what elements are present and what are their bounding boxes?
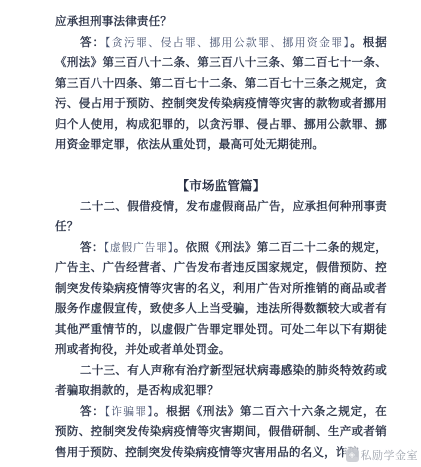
crime-name-emphasis: 【虚假广告罪】 [104,242,174,254]
body-text: 服务作虚假宣传，致使多人上当受骗，违法所得数额较大或者有 [55,303,387,315]
body-text: 刑或者拘役，并处或者单处罚金。 [55,344,231,356]
text-line: 第三百八十四条、第二百七十二条、第二百七十三条之规定，贪 [55,74,387,95]
text-line: 售用于预防、控制突发传染病疫情等灾害用品的名义，诈骗 [55,443,387,464]
body-text: 任？ [55,221,78,233]
body-text: 者骗取捐款的，是否构成犯罪？ [55,385,219,397]
body-text: 答： [80,37,105,49]
body-text: 第三百八十四条、第二百七十二条、第二百七十三条之规定，贪 [55,78,387,90]
body-text: 归个人使用，构成犯罪的，以贪污罪、侵占罪、挪用公款罪、挪 [55,119,387,131]
watermark: ◈ 私励学金室 [344,446,421,464]
badge-icon: ◈ [346,449,359,462]
page-root: 应承担刑事法律责任？答：【贪污罪、侵占罪、挪用公款罪、挪用资金罪】。根据《刑法》… [0,0,421,467]
body-text: 广告主、广告经营者、广告发布者违反国家规定，假借预防、控 [55,262,387,274]
text-line: 归个人使用，构成犯罪的，以贪污罪、侵占罪、挪用公款罪、挪 [55,115,387,136]
text-line: 广告主、广告经营者、广告发布者违反国家规定，假借预防、控 [55,258,387,279]
text-line: 其他严重情节的，以虚假广告罪定罪处罚。可处二年以下有期徒 [55,320,387,341]
text-line: 答：【贪污罪、侵占罪、挪用公款罪、挪用资金罪】。根据 [55,33,387,54]
text-line: 刑或者拘役，并处或者单处罚金。 [55,340,387,361]
text-line: 任？ [55,217,387,238]
body-text: 售用于预防、控制突发传染病疫情等灾害用品的名义，诈骗 [55,447,359,459]
body-text: 。根据《刑法》第二百六十六条之规定，在 [154,406,387,418]
body-text: 用资金罪定罪，依法从重处罚，最高可处无期徒刑。 [55,139,324,151]
body-text: 。根据 [350,37,387,49]
crime-name-emphasis: 【诈骗罪】 [105,406,154,418]
text-line: 二十三、有人声称有治疗新型冠状病毒感染的肺炎特效药或 [55,361,387,382]
crime-name-emphasis: 【贪污罪、侵占罪、挪用公款罪、挪用资金罪】 [105,37,350,49]
body-text: 答： [80,242,104,254]
text-line: 者骗取捐款的，是否构成犯罪？ [55,381,387,402]
body-text: 。依照《刑法》第二百二十二条的规定， [174,242,387,254]
watermark-text: 私励学金室 [361,447,419,463]
text-line: 《刑法》第三百八十二条、第三百八十三条、第二百七十一条、 [55,53,387,74]
body-text: 制突发传染病疫情等灾害的名义，利用广告对所推销的商品或者 [55,283,387,295]
text-line: 答：【虚假广告罪】。依照《刑法》第二百二十二条的规定， [55,238,387,259]
text-line: 应承担刑事法律责任？ [55,12,387,33]
text-line: 预防、控制突发传染病疫情等灾害期间，假借研制、生产或者销 [55,422,387,443]
body-text: 污、侵占用于预防、控制突发传染病疫情等灾害的款物或者挪用 [55,98,387,110]
body-text: 其他严重情节的，以虚假广告罪定罪处罚。可处二年以下有期徒 [55,324,387,336]
text-line: 答：【诈骗罪】。根据《刑法》第二百六十六条之规定，在 [55,402,387,423]
body-text: 二十三、有人声称有治疗新型冠状病毒感染的肺炎特效药或 [80,365,387,377]
text-line: 二十二、假借疫情，发布虚假商品广告，应承担何种刑事责 [55,197,387,218]
body-text: 《刑法》第三百八十二条、第三百八十三条、第二百七十一条、 [55,57,387,69]
text-line: 污、侵占用于预防、控制突发传染病疫情等灾害的款物或者挪用 [55,94,387,115]
body-text: 二十二、假借疫情，发布虚假商品广告，应承担何种刑事责 [80,201,387,213]
text-line: 服务作虚假宣传，致使多人上当受骗，违法所得数额较大或者有 [55,299,387,320]
section-heading: 【市场监管篇】 [55,176,387,197]
text-line: 用资金罪定罪，依法从重处罚，最高可处无期徒刑。 [55,135,387,156]
body-text: 应承担刑事法律责任？ [55,16,172,28]
body-text: 预防、控制突发传染病疫情等灾害期间，假借研制、生产或者销 [55,426,387,438]
document-text: 应承担刑事法律责任？答：【贪污罪、侵占罪、挪用公款罪、挪用资金罪】。根据《刑法》… [55,12,387,463]
text-line: 制突发传染病疫情等灾害的名义，利用广告对所推销的商品或者 [55,279,387,300]
body-text: 答： [80,406,105,418]
